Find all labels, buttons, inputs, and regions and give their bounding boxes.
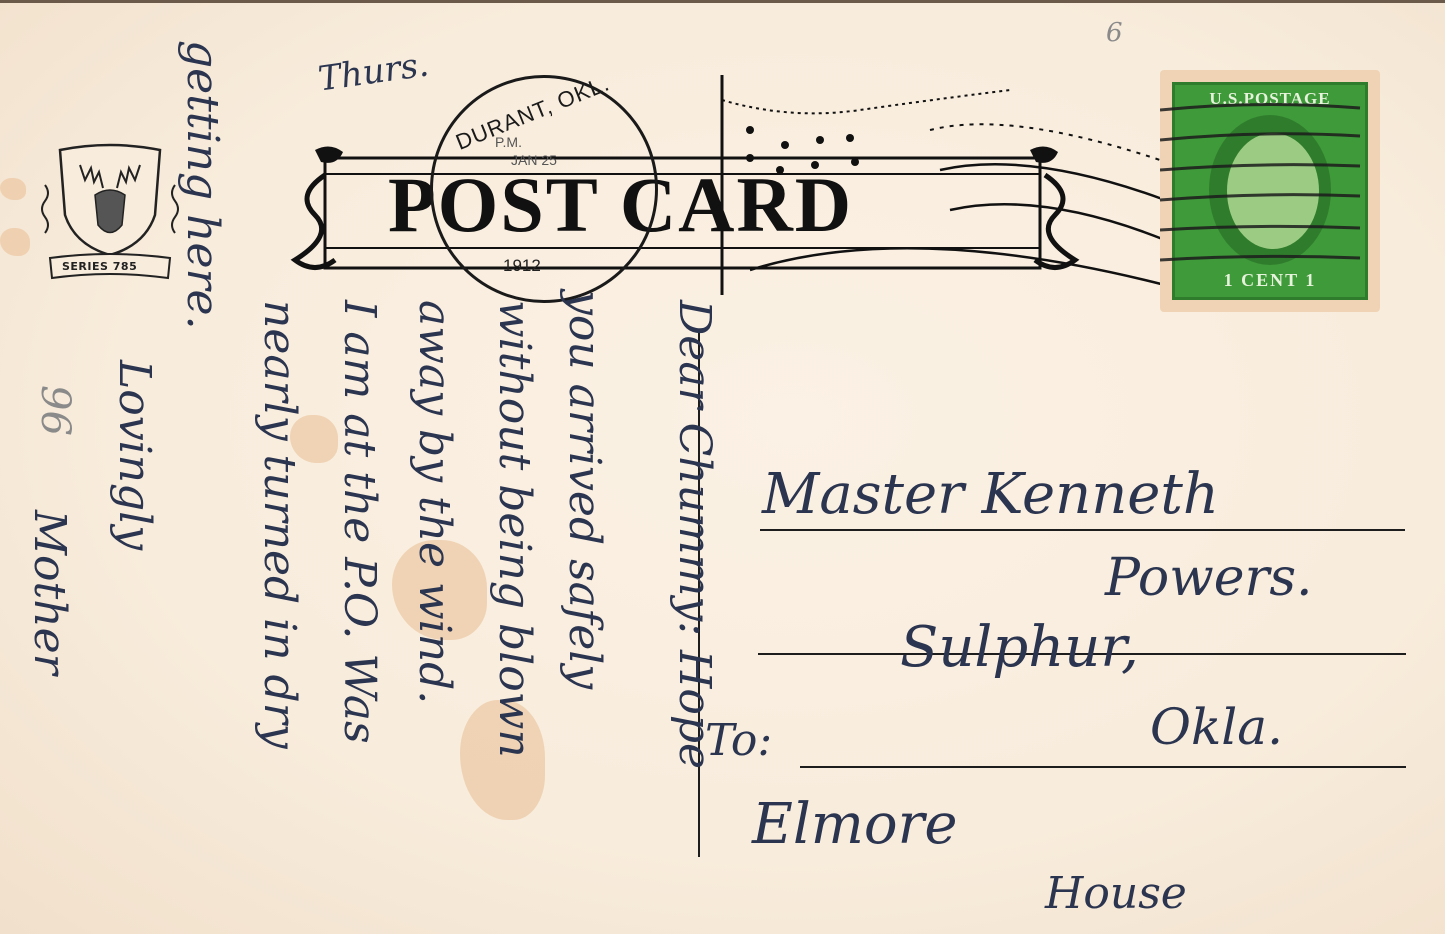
address-city: Sulphur, — [900, 615, 1139, 680]
postmark: DURANT, OKL. P.M. JAN 25 1912 — [430, 75, 658, 303]
message-line: I am at the P.O. Was — [334, 300, 385, 744]
address-rule — [760, 529, 1405, 531]
message-top-note: Thurs. — [316, 44, 431, 99]
address-hotel: Elmore — [752, 792, 958, 857]
postmark-time: P.M. — [495, 134, 522, 150]
address-surname: Powers. — [1105, 548, 1313, 608]
address-care-of: To: — [705, 715, 772, 766]
series-label: SERIES 785 — [62, 260, 137, 273]
series-emblem: SERIES 785 — [40, 140, 180, 290]
postmark-city: DURANT, OKL. — [452, 70, 613, 155]
message-line: Dear Chummy: Hope — [669, 300, 720, 769]
postmark-date: JAN 25 — [511, 152, 557, 168]
postmark-year: 1912 — [503, 256, 541, 276]
stain — [0, 178, 26, 200]
address-name: Master Kenneth — [762, 462, 1219, 527]
corner-mark: 6 — [1106, 18, 1123, 48]
address-rule — [800, 766, 1406, 768]
message-line: Lovingly — [109, 360, 160, 550]
message-line: away by the wind. — [409, 300, 460, 704]
message-line: without being blown — [489, 300, 540, 758]
postcard-back: 6 SERIES 785 POST CARD DURANT, OKL. P.M.… — [0, 0, 1445, 934]
message-line: getting here. — [177, 40, 228, 330]
stain — [0, 228, 30, 256]
message-line: you arrived safely — [559, 290, 610, 689]
address-state: Okla. — [1150, 698, 1283, 756]
address-hotel-house: House — [1045, 868, 1187, 919]
stamp-cancel-lines — [1160, 70, 1380, 312]
flag-cancel-icon — [710, 70, 1170, 300]
postage-stamp: U.S.POSTAGE 1 CENT 1 — [1160, 70, 1380, 312]
message-signature: Mother — [24, 510, 75, 675]
pencil-note: 96 — [32, 385, 78, 436]
message-line: nearly turned in dry — [254, 300, 305, 749]
